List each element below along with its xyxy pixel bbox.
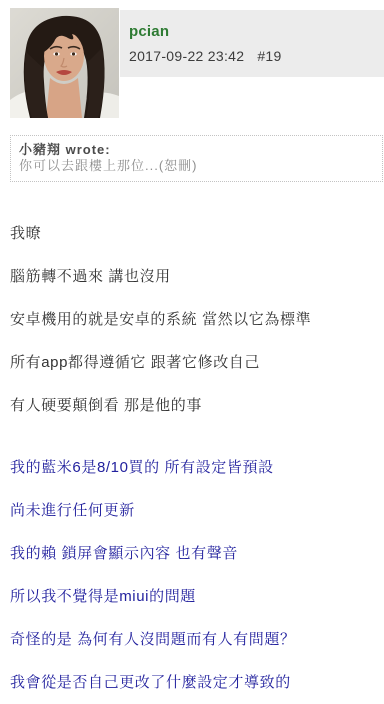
author-username[interactable]: pcian	[129, 23, 384, 40]
post-paragraph-edited: 我的賴 鎖屏會顯示內容 也有聲音	[10, 544, 378, 564]
post-header-band: pcian 2017-09-22 23:42#19	[120, 10, 384, 77]
post-paragraph: 腦筋轉不過來 講也沒用	[10, 267, 378, 287]
post-paragraph: 安卓機用的就是安卓的系統 當然以它為標準	[10, 310, 378, 330]
quote-author-line: 小豬翔 wrote:	[19, 142, 374, 158]
post-paragraph-edited: 所以我不覺得是miui的問題	[10, 587, 378, 607]
post-date: 2017-09-22 23:42	[129, 48, 244, 64]
post-meta: 2017-09-22 23:42#19	[129, 48, 384, 64]
post-header: pcian 2017-09-22 23:42#19	[10, 0, 384, 118]
post-content: 我暸 腦筋轉不過來 講也沒用 安卓機用的就是安卓的系統 當然以它為標準 所有ap…	[10, 224, 378, 693]
post-paragraph: 有人硬要顛倒看 那是他的事	[10, 396, 378, 416]
forum-post: pcian 2017-09-22 23:42#19 小豬翔 wrote: 你可以…	[0, 0, 384, 693]
post-paragraph: 所有app都得遵循它 跟著它修改自己	[10, 353, 378, 373]
quote-content: 你可以去跟樓上那位...(恕刪)	[19, 158, 374, 174]
post-paragraph-edited: 尚未進行任何更新	[10, 501, 378, 521]
post-paragraph: 我暸	[10, 224, 378, 244]
avatar-image	[10, 8, 119, 118]
post-paragraph-edited: 我的藍米6是8/10買的 所有設定皆預設	[10, 458, 378, 478]
post-paragraph-edited: 奇怪的是 為何有人沒問題而有人有問題？	[10, 630, 378, 650]
post-paragraph-edited: 我會從是否自己更改了什麼設定才導致的	[10, 673, 378, 693]
quote-box: 小豬翔 wrote: 你可以去跟樓上那位...(恕刪)	[10, 135, 383, 182]
post-floor-link[interactable]: #19	[257, 48, 281, 64]
avatar[interactable]	[10, 8, 119, 118]
